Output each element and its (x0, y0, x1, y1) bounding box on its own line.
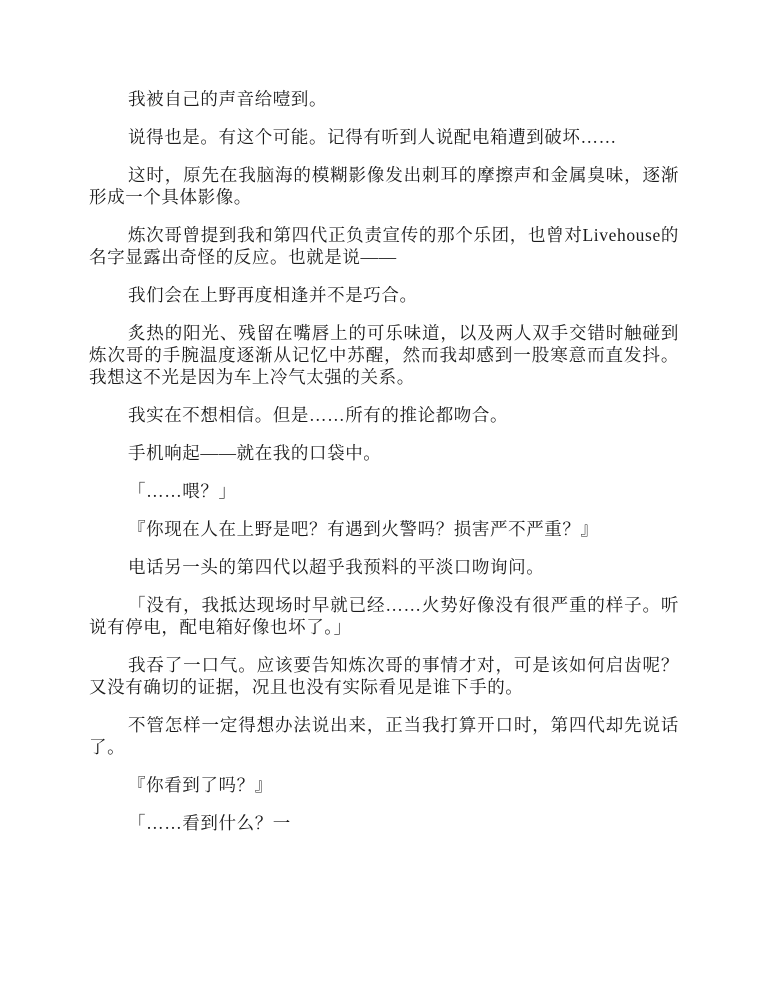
paragraph: 我实在不想相信。但是……所有的推论都吻合。 (89, 404, 679, 426)
paragraph: 这时，原先在我脑海的模糊影像发出刺耳的摩擦声和金属臭味，逐渐形成一个具体影像。 (89, 164, 679, 208)
paragraph: 手机响起——就在我的口袋中。 (89, 442, 679, 464)
paragraph: 『你现在人在上野是吧？有遇到火警吗？损害严不严重？』 (89, 518, 679, 540)
paragraph: 电话另一头的第四代以超乎我预料的平淡口吻询问。 (89, 556, 679, 578)
paragraph: 我被自己的声音给噎到。 (89, 88, 679, 110)
paragraph: 『你看到了吗？』 (89, 774, 679, 796)
paragraph: 炙热的阳光、残留在嘴唇上的可乐味道，以及两人双手交错时触碰到炼次哥的手腕温度逐渐… (89, 322, 679, 388)
paragraph: 炼次哥曾提到我和第四代正负责宣传的那个乐团，也曾对Livehouse的名字显露出… (89, 224, 679, 268)
document-page: 我被自己的声音给噎到。 说得也是。有这个可能。记得有听到人说配电箱遭到破坏…… … (89, 88, 679, 850)
paragraph: 不管怎样一定得想办法说出来，正当我打算开口时，第四代却先说话了。 (89, 714, 679, 758)
paragraph: 说得也是。有这个可能。记得有听到人说配电箱遭到破坏…… (89, 126, 679, 148)
paragraph: 「……看到什么？一 (89, 812, 679, 834)
paragraph: 「……喂？」 (89, 480, 679, 502)
paragraph: 我吞了一口气。应该要告知炼次哥的事情才对，可是该如何启齿呢？又没有确切的证据，况… (89, 654, 679, 698)
paragraph: 我们会在上野再度相逢并不是巧合。 (89, 284, 679, 306)
paragraph: 「没有，我抵达现场时早就已经……火势好像没有很严重的样子。听说有停电，配电箱好像… (89, 594, 679, 638)
